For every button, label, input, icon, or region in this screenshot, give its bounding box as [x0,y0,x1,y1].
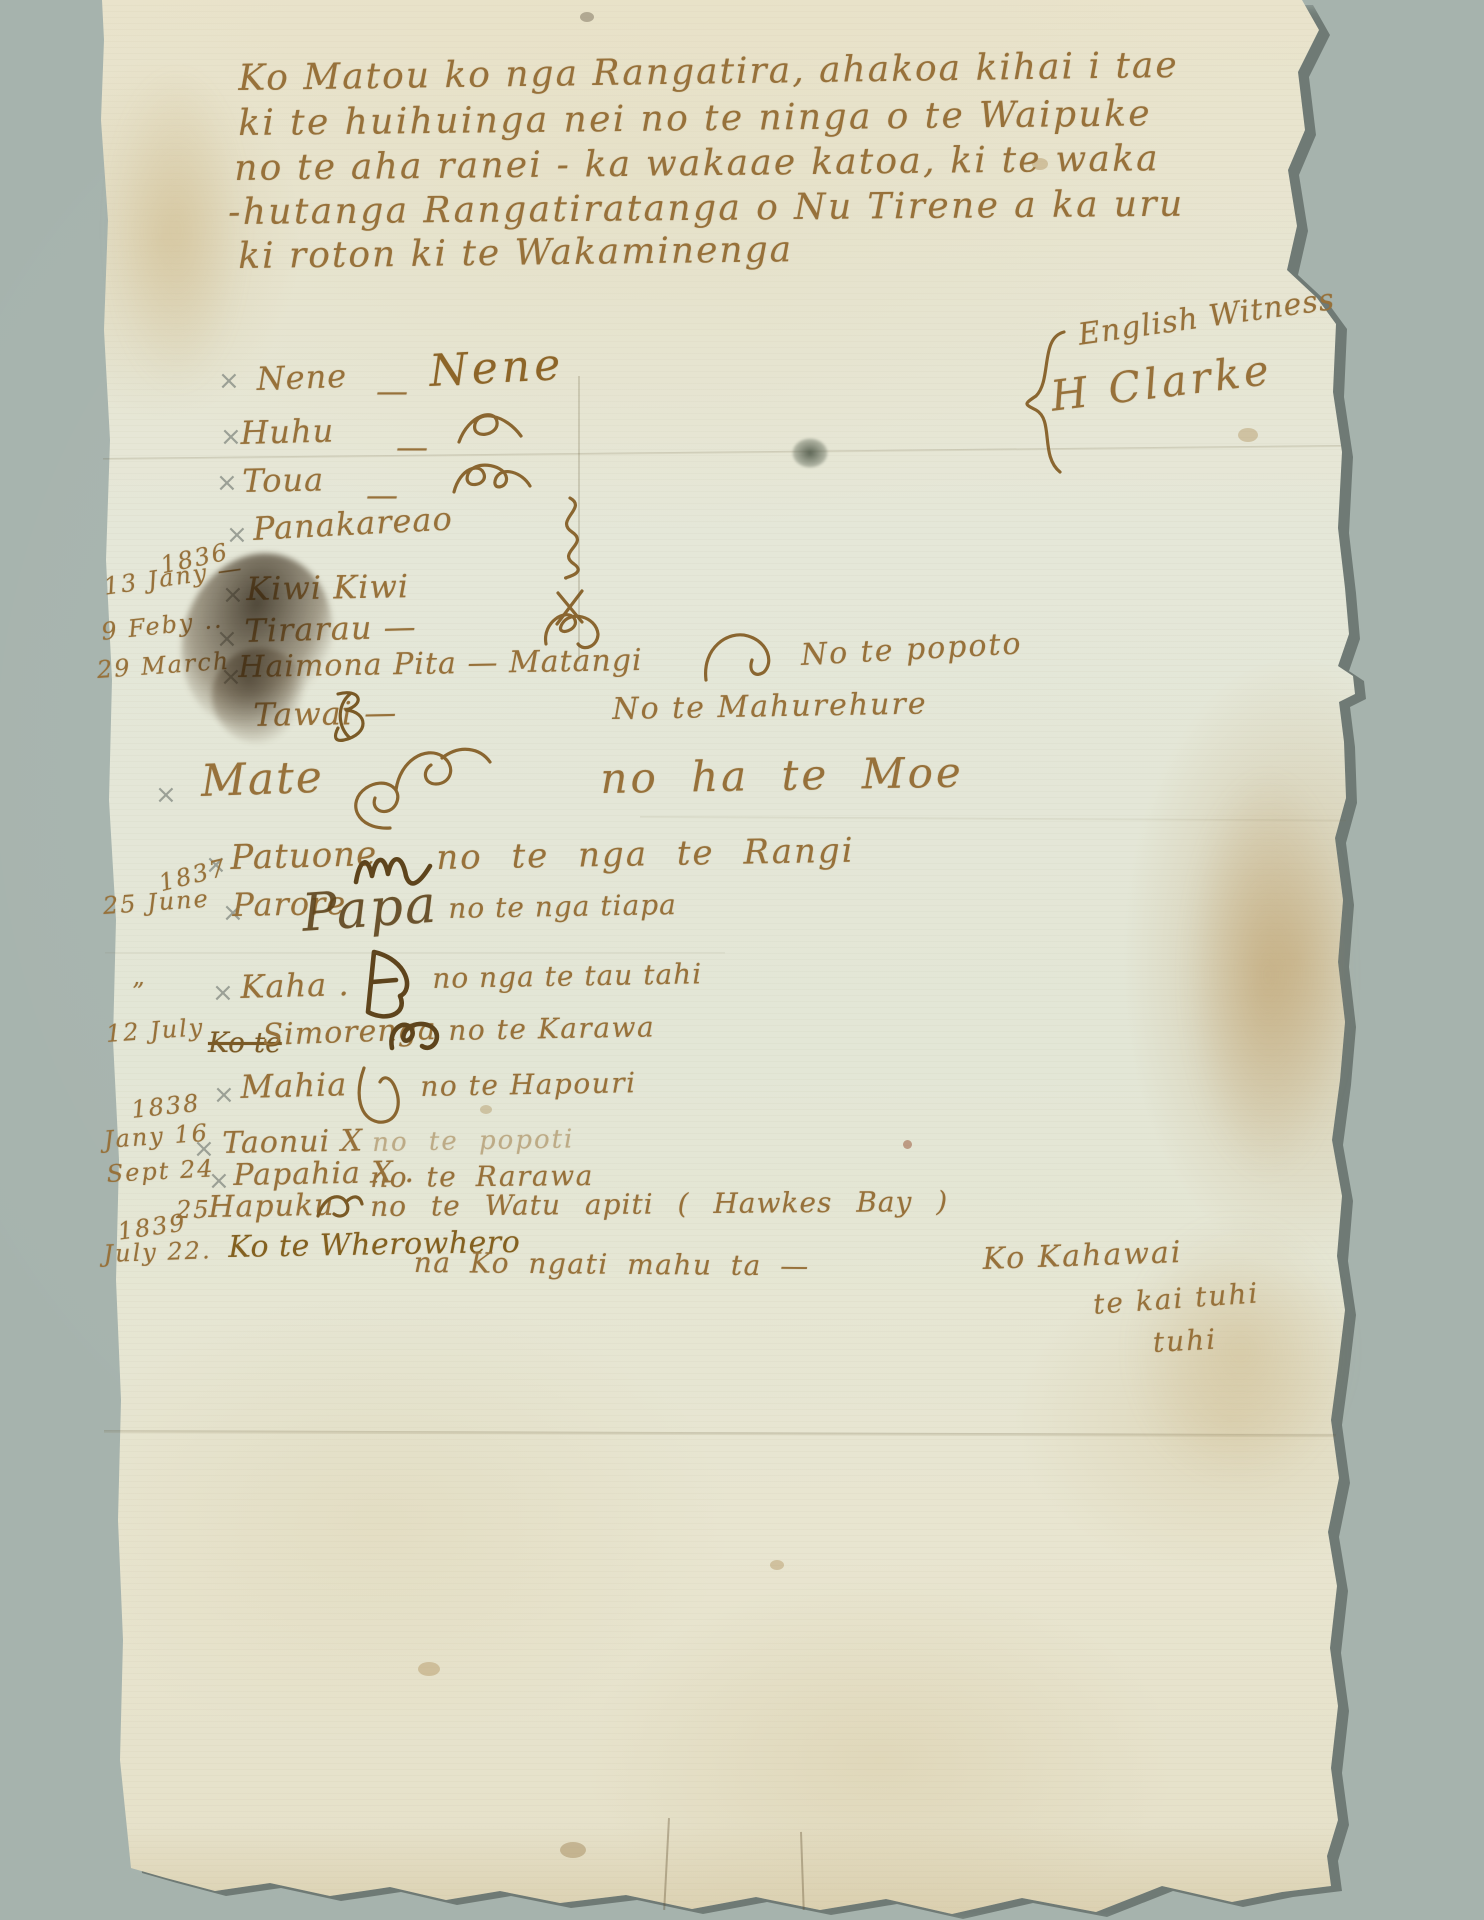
signatory-date: Sept 24 [106,1154,215,1188]
signatory-note: no te popoti [372,1124,575,1158]
signatory-name: Mahia [240,1065,348,1106]
fold-crease [105,952,725,954]
pencil-x-mark: × [216,468,238,498]
signatory-name: Mate [200,752,325,807]
moko-mark [386,1012,442,1058]
signature-dash: — [396,428,428,466]
signature-dash: — [376,372,408,410]
moko-mark [312,1186,366,1226]
foxing-spot [480,1105,492,1114]
pencil-x-mark: × [213,1080,235,1110]
signatory-note: no te nga te Rangi [436,831,855,878]
signatory-note-extra: Ko Kahawai [982,1235,1183,1277]
foxing-spot [903,1140,912,1149]
pencil-x-mark: × [212,978,234,1008]
signatory-note: no te nga tiapa [448,888,677,925]
dark-chip [792,438,828,468]
signatory-date: July 22. [103,1236,212,1268]
signatory-name: Huhu [240,412,335,452]
signatory-note: no te Karawa [448,1010,655,1047]
signatory-name: Nene [256,357,348,398]
manuscript-line: ki roton ki te Wakaminenga [238,229,793,277]
right-edge-stain [1185,770,1350,1180]
signatory-note: no nga te tau tahi [432,957,702,995]
signatory-own-signature: Nene [428,339,565,397]
moko-mark [450,458,534,502]
foxing-spot [770,1560,784,1570]
pencil-x-mark: × [155,780,177,810]
scribe-line: tuhi [1152,1323,1218,1359]
signatory-note: no te Watu apiti ( Hawkes Bay ) [370,1185,948,1223]
moko-spiral-mark [330,740,515,834]
signatory-note: no ha te Moe [600,748,964,803]
signatory-name: Kaha . [240,965,350,1006]
foxing-spot [560,1842,586,1858]
top-left-stain [112,70,242,390]
ditto-mark: ” [132,978,146,1006]
pencil-x-mark: × [226,520,248,550]
manuscript-line: -hutanga Rangatiratanga o Nu Tirene a ka… [228,184,1185,233]
signatory-note: No te Mahurehure [612,686,928,726]
foxing-spot [418,1662,440,1676]
signatory-note: no te Hapouri [420,1066,637,1103]
manuscript-scan: Ko Matou ko nga Rangatira, ahakoa kihai … [0,0,1484,1920]
pencil-x-mark: × [218,366,240,396]
signatory-own-mark-text: Papa [300,875,440,944]
foxing-spot [1238,428,1258,442]
moko-mark [548,494,592,582]
signatory-note: na Ko ngati mahu ta — [414,1246,810,1282]
signatory-name: Toua [242,461,324,500]
moko-mark [455,406,525,452]
moko-mark [700,628,778,686]
foxing-spot [580,12,594,22]
moko-mark [350,1062,408,1128]
pencil-x-mark: × [220,422,242,452]
moko-mark [326,688,372,746]
vertical-crease [578,376,580,662]
